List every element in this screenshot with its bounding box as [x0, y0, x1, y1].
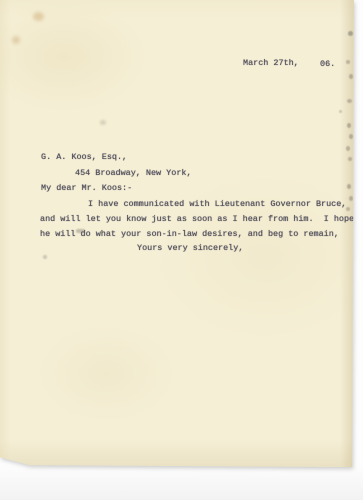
body-line: and will let you know just as soon as I …: [40, 214, 354, 224]
bleed-through-mark: [346, 146, 350, 151]
closing-line: Yours very sincerely,: [137, 243, 243, 253]
recipient-address: 454 Broadway, New York,: [75, 168, 192, 178]
body-line: I have communicated with Lieutenant Gove…: [88, 199, 346, 209]
bleed-through-mark: [348, 157, 352, 161]
recipient-name: G. A. Koos, Esq.,: [41, 152, 127, 162]
paper-shadow-wrap: March 27th, 06. G. A. Koos, Esq., 454 Br…: [0, 0, 354, 467]
paper-stain: [12, 36, 20, 44]
bleed-through-mark: [348, 31, 353, 36]
bleed-through-mark: [347, 123, 351, 128]
letter-scan: March 27th, 06. G. A. Koos, Esq., 454 Br…: [0, 0, 363, 500]
date-text: March 27th,: [243, 58, 299, 68]
year-text: 06.: [320, 59, 335, 69]
paper-stain: [100, 120, 106, 125]
paper-stain: [33, 12, 44, 21]
bleed-through-mark: [339, 110, 342, 113]
bleed-through-mark: [346, 60, 350, 64]
bleed-through-mark: [349, 134, 353, 139]
salutation: My dear Mr. Koos:-: [41, 183, 132, 193]
bleed-through-mark: [349, 74, 353, 79]
letter-paper: March 27th, 06. G. A. Koos, Esq., 454 Br…: [0, 0, 354, 467]
bleed-through-mark: [346, 207, 350, 211]
paper-speck: [43, 255, 47, 259]
body-line: he will do what your son-in-law desires,…: [40, 229, 339, 239]
bleed-through-mark: [349, 196, 353, 201]
bleed-through-mark: [347, 99, 352, 103]
bleed-through-mark: [347, 184, 351, 189]
